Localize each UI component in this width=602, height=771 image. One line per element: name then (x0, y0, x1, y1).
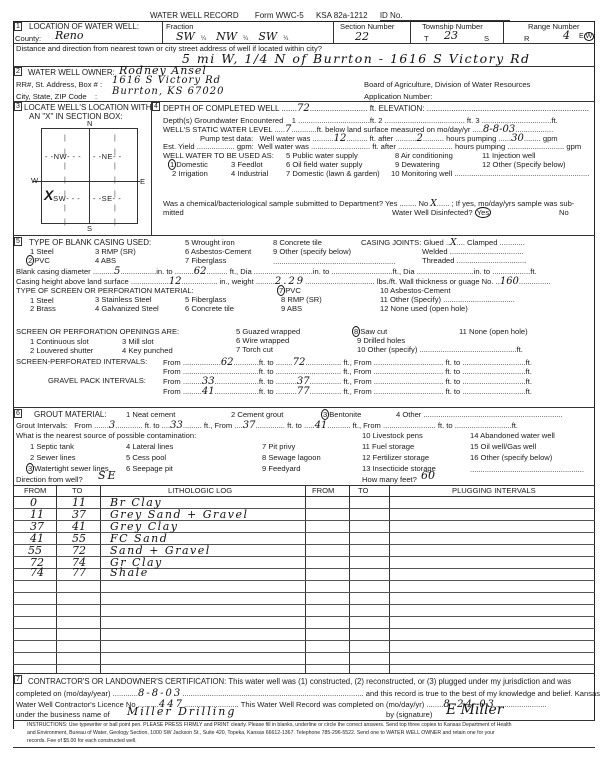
screen-7[interactable]: 7PVC (277, 286, 301, 295)
grout-2-to-field[interactable]: 41 (315, 420, 328, 431)
use-option-7[interactable]: 7 Domestic (lawn & garden) (286, 169, 380, 178)
screen-interval-2: From ...................................… (163, 367, 532, 376)
opening-9[interactable]: 9 Drilled holes (357, 336, 405, 345)
depth-label: DEPTH OF COMPLETED WELL .......72.......… (163, 103, 589, 114)
log-header-lithologic: LITHOLOGIC LOG (168, 486, 232, 495)
sample-question: Was a chemical/bacteriological sample su… (163, 199, 574, 209)
casing-2[interactable]: 2PVC (26, 256, 50, 265)
section-4-number: 4 (152, 102, 160, 111)
range-field[interactable]: 4 (563, 29, 570, 42)
instructions-line-2: and Environment, Bureau of Water, Geolog… (27, 730, 495, 737)
fraction-2[interactable]: NW (216, 30, 237, 43)
screen-material-title: TYPE OF SCREEN OR PERFORATION MATERIAL: (16, 286, 194, 295)
instructions-line-3: records. Fee of $5.00 for each construct… (27, 738, 137, 745)
direction-field[interactable]: SE (98, 469, 118, 482)
id-label: ID No. (380, 11, 403, 20)
log-desc[interactable]: Shale (110, 566, 149, 579)
casing-8[interactable]: 8 Concrete tile (273, 238, 322, 247)
contam-1[interactable]: 1 Septic tank (30, 442, 74, 451)
grout-title: GROUT MATERIAL: (34, 410, 107, 419)
grout-2-from-field[interactable]: 37 (243, 420, 256, 431)
use-option-6[interactable]: 6 Oil field water supply (286, 160, 362, 169)
screen-intervals-label: SCREEN-PERFORATED INTERVALS: (16, 357, 147, 366)
fraction-fields: SW ¼ NW ¼ SW ¼ (176, 30, 288, 43)
opening-1[interactable]: 1 Continuous slot (30, 337, 89, 346)
contam-7[interactable]: 7 Pit privy (262, 442, 295, 451)
contam-11[interactable]: 11 Fuel storage (362, 442, 414, 451)
ksa-ref: KSA 82a-1212 (316, 11, 368, 20)
gravel-2-from-field[interactable]: 41 (202, 386, 215, 397)
contam-15[interactable]: 15 Oil well/Gas well (470, 442, 536, 451)
screen-6[interactable]: 6 Concrete tile (185, 304, 234, 313)
address-label: RR#, St. Address, Box # : (16, 80, 102, 89)
section-1-number: 1 (14, 22, 22, 31)
casing-title: TYPE OF BLANK CASING USED: (29, 238, 151, 247)
screen-11[interactable]: 11 Other (Specify) .....................… (380, 295, 515, 304)
business-label: under the business name of (16, 710, 110, 719)
contam-4[interactable]: 4 Lateral lines (126, 442, 173, 451)
contam-5[interactable]: 5 Cess pool (126, 453, 166, 462)
casing-1[interactable]: 1 Steel (30, 247, 54, 256)
grout-1-to-field[interactable]: 33 (170, 420, 183, 431)
distance-field[interactable]: 5 mi W, 1/4 N of Burrton - 1616 S Victor… (182, 51, 531, 66)
fraction-3[interactable]: SW (258, 30, 277, 43)
opening-8[interactable]: 8Saw cut (352, 327, 387, 336)
grout-4[interactable]: 4 Other ................................… (396, 410, 563, 419)
signature-field[interactable]: E Miller (446, 702, 503, 718)
grout-1[interactable]: 1 Neat cement (126, 410, 175, 419)
opening-10[interactable]: 10 Other (specify) .....................… (357, 345, 523, 354)
gravel-2-to-field[interactable]: 77 (297, 386, 310, 397)
form-title: WATER WELL RECORD (150, 11, 239, 20)
grout-intervals-row: Grout Intervals: From .......3..........… (16, 420, 518, 431)
opening-5[interactable]: 5 Guazed wrapped (236, 327, 300, 336)
location-mark: X (44, 187, 53, 203)
application-number-label: Application Number: (364, 92, 432, 101)
feet-label: How many feet? (362, 475, 417, 484)
fraction-1[interactable]: SW (176, 30, 195, 43)
opening-4[interactable]: 4 Key punched (122, 346, 173, 355)
openings-title: SCREEN OR PERFORATION OPENINGS ARE: (16, 327, 179, 336)
contam-3[interactable]: 3Watertight sewer lines (26, 464, 109, 473)
city-label: City, State, ZIP Code (16, 92, 87, 101)
completed-row: completed on (mo/day/year) ............8… (16, 688, 600, 699)
casing-9[interactable]: 9 Other (specify below) (273, 247, 351, 256)
log-from[interactable]: 74 (30, 566, 44, 579)
section-5-number: 5 (14, 237, 22, 246)
form-title-row: WATER WELL RECORD Form WWC-5 KSA 82a-121… (150, 11, 402, 20)
screen-4[interactable]: 4 Galvanized Steel (95, 304, 159, 313)
use-option-10[interactable]: 10 Monitoring well .....................… (391, 169, 589, 178)
joints-welded[interactable]: Welded .................................… (422, 247, 524, 256)
county-label: County: (15, 34, 41, 43)
completed-date-field[interactable]: 8-8-03 (138, 688, 182, 699)
joints-threaded[interactable]: Threaded ...............................… (422, 256, 526, 265)
contam-2[interactable]: 2 Sewer lines (30, 453, 76, 462)
section-3-title-2: AN "X" IN SECTION BOX: (29, 112, 123, 121)
casing-3[interactable]: 3 RMP (SR) (95, 247, 136, 256)
use-option-2[interactable]: 2 Irrigation (172, 169, 208, 178)
disinfected-no[interactable]: No (559, 208, 569, 217)
use-option-5[interactable]: 5 Public water supply (286, 151, 358, 160)
contamination-question: What is the nearest source of possible c… (16, 431, 196, 440)
contam-8[interactable]: 8 Sewage lagoon (262, 453, 321, 462)
disinfected-row: Water Well Disinfected? Yes (392, 208, 491, 217)
section-2-title: WATER WELL OWNER: (28, 68, 115, 77)
address-field[interactable]: 1616 S Victory Rd (112, 75, 221, 86)
section-2-number: 2 (14, 67, 22, 76)
casing-4[interactable]: 4 ABS (95, 256, 116, 265)
certification-line: CONTRACTOR'S OR LANDOWNER'S CERTIFICATIO… (28, 677, 571, 686)
disinfected-yes[interactable]: Yes (475, 207, 491, 218)
township-field[interactable]: 23 (444, 29, 458, 42)
grout-3[interactable]: 3Bentonite (321, 410, 361, 419)
instructions-line-1: INSTRUCTIONS: Use typewriter or ball poi… (27, 722, 512, 729)
contam-14[interactable]: 14 Abandoned water well (470, 431, 555, 440)
grout-1-from-field[interactable]: 3 (109, 420, 115, 431)
quadrant-se: - -SE- - (93, 194, 121, 203)
casing-5[interactable]: 5 Wrought iron (185, 238, 235, 247)
contam-16[interactable]: 16 Other (specify below) (470, 453, 552, 462)
range-ew[interactable]: EW (579, 33, 594, 40)
plug-header-intervals: PLUGGING INTERVALS (452, 486, 536, 495)
opening-7[interactable]: 7 Torch cut (236, 345, 273, 354)
form-number: Form WWC-5 (255, 11, 304, 20)
casing-7[interactable]: 7 Fiberglass (185, 256, 226, 265)
business-field[interactable]: Miller Drilling (127, 705, 236, 718)
use-label: WELL WATER TO BE USED AS: (163, 151, 274, 160)
section-3-title-1: LOCATE WELL'S LOCATION WITH (24, 103, 151, 112)
log-to[interactable]: 77 (72, 566, 86, 579)
contam-10[interactable]: 10 Livestock pens (362, 431, 423, 440)
feet-field[interactable]: 60 (421, 469, 435, 482)
contam-9[interactable]: 9 Feedyard (262, 464, 300, 473)
quadrant-ne: - -NE- - (93, 152, 122, 161)
section-number-field[interactable]: 22 (355, 30, 369, 43)
city-field[interactable]: Burrton, KS 67020 (112, 86, 225, 97)
gauge-field[interactable]: 160 (500, 276, 519, 287)
casing-6[interactable]: 6 Asbestos-Cement (185, 247, 251, 256)
opening-11[interactable]: 11 None (open hole) (459, 327, 528, 336)
log-header-to: TO (72, 486, 82, 495)
range-label: Range Number (528, 22, 580, 31)
gravel-intervals-label: GRAVEL PACK INTERVALS: (48, 376, 146, 385)
use-option-8[interactable]: 8 Air conditioning (395, 151, 453, 160)
screen-8[interactable]: 8 RMP (SR) (281, 295, 322, 304)
section-6-number: 6 (14, 409, 22, 418)
opening-6[interactable]: 6 Wire wrapped (236, 336, 289, 345)
county-field[interactable]: Reno (55, 29, 84, 42)
use-option-12[interactable]: 12 Other (Specify below) (482, 160, 566, 169)
contam-6[interactable]: 6 Seepage pit (126, 464, 173, 473)
signature-label: by (signature) (386, 710, 432, 719)
opening-2[interactable]: 2 Louvered shutter (30, 346, 93, 355)
plug-header-to: TO (358, 486, 368, 495)
screen-9[interactable]: 9 ABS (281, 304, 302, 313)
depth-field[interactable]: 72 (297, 103, 310, 114)
gravel-interval-2: From .........41.....................ft.… (163, 386, 532, 397)
direction-label: Direction from well? (16, 475, 83, 484)
use-option-9[interactable]: 9 Dewatering (395, 160, 440, 169)
screen-10[interactable]: 10 Asbestos-Cement (380, 286, 451, 295)
screen-2[interactable]: 2 Brass (30, 304, 56, 313)
plug-header-from: FROM (312, 486, 334, 495)
use-option-3[interactable]: 3 Feedlot (231, 160, 263, 169)
screen-5[interactable]: 5 Fiberglass (185, 295, 226, 304)
section-1-title: LOCATION OF WATER WELL: (29, 22, 139, 31)
est-yield-row: Est. Yield .................. gpm: Well … (163, 142, 581, 151)
contam-12[interactable]: 12 Fertilizer storage (362, 453, 429, 462)
use-option-11[interactable]: 11 Injection well (482, 151, 535, 160)
use-option-4[interactable]: 4 Industrial (231, 169, 268, 178)
board-text: Board of Agriculture, Division of Water … (364, 80, 530, 89)
use-option-1[interactable]: 1Domestic (168, 160, 208, 169)
screen-12[interactable]: 12 None used (open hole) (380, 304, 468, 313)
opening-3[interactable]: 3 Mill slot (122, 337, 154, 346)
screen-3[interactable]: 3 Stainless Steel (95, 295, 152, 304)
log-header-from: FROM (24, 486, 46, 495)
section-7-number: 7 (14, 675, 22, 684)
section-3-number: 3 (14, 102, 22, 111)
grout-2[interactable]: 2 Cement grout (231, 410, 283, 419)
